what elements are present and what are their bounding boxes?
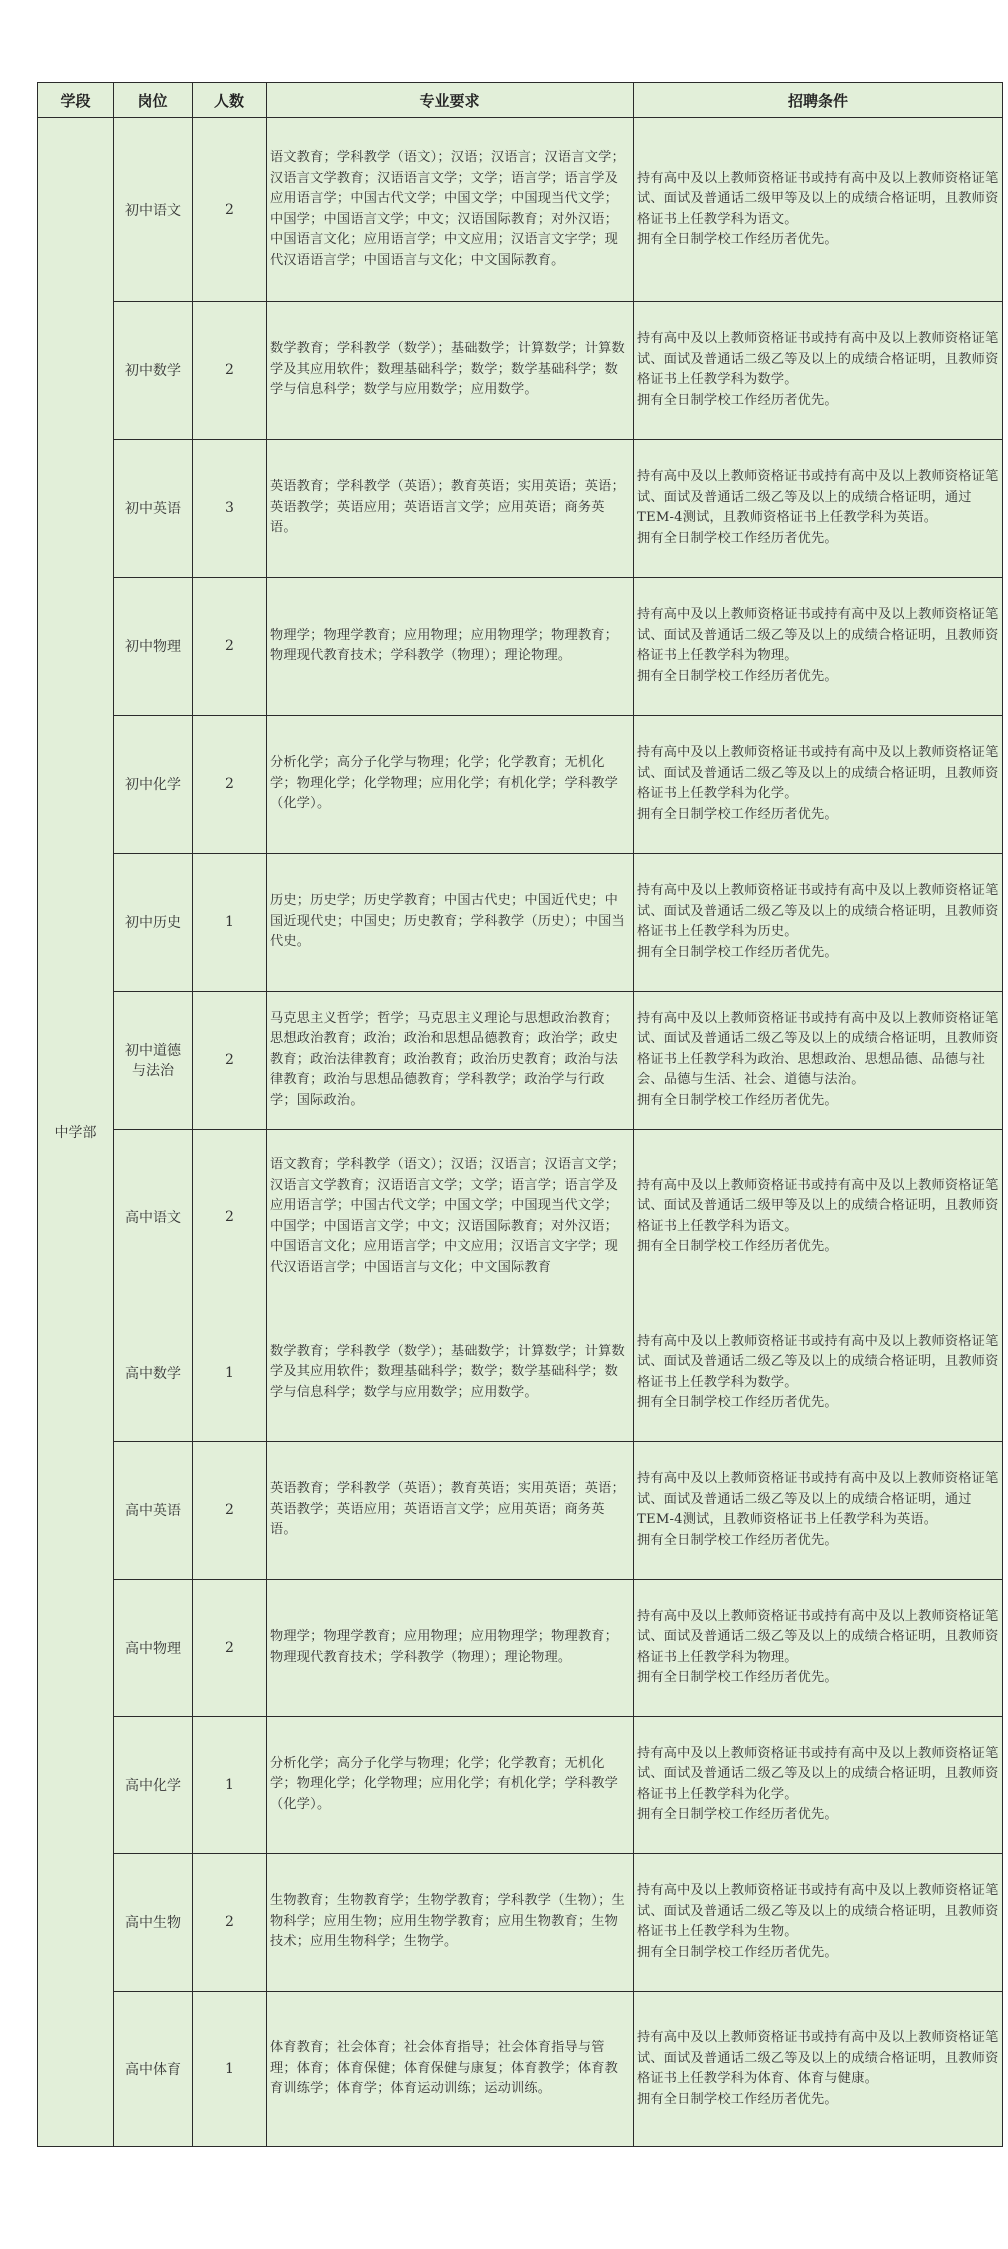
position-cell: 高中体育: [114, 1991, 192, 2147]
position-cell: 高中英语: [114, 1441, 192, 1579]
conditions-cell: 持有高中及以上教师资格证书或持有高中及以上教师资格证笔试、面试及普通话二级乙等及…: [634, 301, 1003, 439]
count-cell: 2: [193, 1853, 266, 1991]
major-cell: 语文教育；学科教学（语文）；汉语；汉语言；汉语言文学；汉语言文学教育；汉语语言文…: [267, 118, 633, 301]
position-cell: 初中历史: [114, 853, 192, 991]
conditions-cell: 持有高中及以上教师资格证书或持有高中及以上教师资格证笔试、面试及普通话二级乙等及…: [634, 991, 1003, 1129]
conditions-cell: 持有高中及以上教师资格证书或持有高中及以上教师资格证笔试、面试及普通话二级甲等及…: [634, 118, 1003, 301]
count-cell: 1: [193, 1304, 266, 1441]
conditions-cell: 持有高中及以上教师资格证书或持有高中及以上教师资格证笔试、面试及普通话二级乙等及…: [634, 1441, 1003, 1579]
header-major: 专业要求: [266, 83, 633, 117]
recruitment-table: 学段 岗位 人数 专业要求 招聘条件 中学部 初中语文2语文教育；学科教学（语文…: [37, 82, 1003, 2147]
major-cell: 英语教育；学科教学（英语）；教育英语；实用英语；英语；英语教学；英语应用；英语语…: [267, 1441, 633, 1579]
position-cell: 初中语文: [114, 118, 192, 301]
count-cell: 2: [193, 715, 266, 853]
major-cell: 语文教育；学科教学（语文）；汉语；汉语言；汉语言文学；汉语言文学教育；汉语语言文…: [267, 1129, 633, 1304]
major-cell: 物理学；物理学教育；应用物理；应用物理学；物理教育；物理现代教育技术；学科教学（…: [267, 1579, 633, 1716]
conditions-cell: 持有高中及以上教师资格证书或持有高中及以上教师资格证笔试、面试及普通话二级乙等及…: [634, 439, 1003, 577]
position-cell: 初中物理: [114, 577, 192, 715]
major-cell: 历史；历史学；历史学教育；中国古代史；中国近代史；中国近现代史；中国史；历史教育…: [267, 853, 633, 991]
position-cell: 高中物理: [114, 1579, 192, 1716]
major-cell: 数学教育；学科教学（数学）；基础数学；计算数学；计算数学及其应用软件；数理基础科…: [267, 301, 633, 439]
conditions-cell: 持有高中及以上教师资格证书或持有高中及以上教师资格证笔试、面试及普通话二级乙等及…: [634, 715, 1003, 853]
header-position: 岗位: [113, 83, 192, 117]
conditions-cell: 持有高中及以上教师资格证书或持有高中及以上教师资格证笔试、面试及普通话二级甲等及…: [634, 1129, 1003, 1304]
count-cell: 2: [193, 301, 266, 439]
conditions-cell: 持有高中及以上教师资格证书或持有高中及以上教师资格证笔试、面试及普通话二级乙等及…: [634, 577, 1003, 715]
conditions-cell: 持有高中及以上教师资格证书或持有高中及以上教师资格证笔试、面试及普通话二级乙等及…: [634, 1853, 1003, 1991]
major-cell: 生物教育；生物教育学；生物学教育；学科教学（生物）；生物科学；应用生物；应用生物…: [267, 1853, 633, 1991]
count-cell: 1: [193, 1991, 266, 2147]
major-cell: 分析化学；高分子化学与物理；化学；化学教育；无机化学；物理化学；化学物理；应用化…: [267, 1716, 633, 1853]
major-cell: 分析化学；高分子化学与物理；化学；化学教育；无机化学；物理化学；化学物理；应用化…: [267, 715, 633, 853]
count-cell: 1: [193, 853, 266, 991]
position-cell: 高中化学: [114, 1716, 192, 1853]
conditions-cell: 持有高中及以上教师资格证书或持有高中及以上教师资格证笔试、面试及普通话二级乙等及…: [634, 1579, 1003, 1716]
major-cell: 物理学；物理学教育；应用物理；应用物理学；物理教育；物理现代教育技术；学科教学（…: [267, 577, 633, 715]
major-cell: 英语教育；学科教学（英语）；教育英语；实用英语；英语；英语教学；英语应用；英语语…: [267, 439, 633, 577]
position-cell: 初中化学: [114, 715, 192, 853]
major-cell: 马克思主义哲学；哲学；马克思主义理论与思想政治教育；思想政治教育；政治；政治和思…: [267, 991, 633, 1129]
count-cell: 2: [193, 577, 266, 715]
header-count: 人数: [192, 83, 266, 117]
count-cell: 2: [193, 1129, 266, 1304]
header-stage: 学段: [38, 83, 113, 117]
stage-cell: 中学部: [38, 117, 113, 2147]
major-cell: 体育教育；社会体育；社会体育指导；社会体育指导与管理；体育；体育保健；体育保健与…: [267, 1991, 633, 2147]
conditions-cell: 持有高中及以上教师资格证书或持有高中及以上教师资格证笔试、面试及普通话二级乙等及…: [634, 853, 1003, 991]
major-cell: 数学教育；学科教学（数学）；基础数学；计算数学；计算数学及其应用软件；数理基础科…: [267, 1304, 633, 1441]
position-cell: 初中英语: [114, 439, 192, 577]
conditions-cell: 持有高中及以上教师资格证书或持有高中及以上教师资格证笔试、面试及普通话二级乙等及…: [634, 1991, 1003, 2147]
conditions-cell: 持有高中及以上教师资格证书或持有高中及以上教师资格证笔试、面试及普通话二级乙等及…: [634, 1304, 1003, 1441]
count-cell: 2: [193, 1441, 266, 1579]
position-cell: 高中语文: [114, 1129, 192, 1304]
count-cell: 2: [193, 118, 266, 301]
position-cell: 高中数学: [114, 1304, 192, 1441]
count-cell: 2: [193, 991, 266, 1129]
count-cell: 3: [193, 439, 266, 577]
header-conditions: 招聘条件: [633, 83, 1003, 117]
count-cell: 1: [193, 1716, 266, 1853]
position-cell: 初中道德与法治: [114, 991, 192, 1129]
conditions-cell: 持有高中及以上教师资格证书或持有高中及以上教师资格证笔试、面试及普通话二级乙等及…: [634, 1716, 1003, 1853]
count-cell: 2: [193, 1579, 266, 1716]
position-cell: 初中数学: [114, 301, 192, 439]
position-cell: 高中生物: [114, 1853, 192, 1991]
